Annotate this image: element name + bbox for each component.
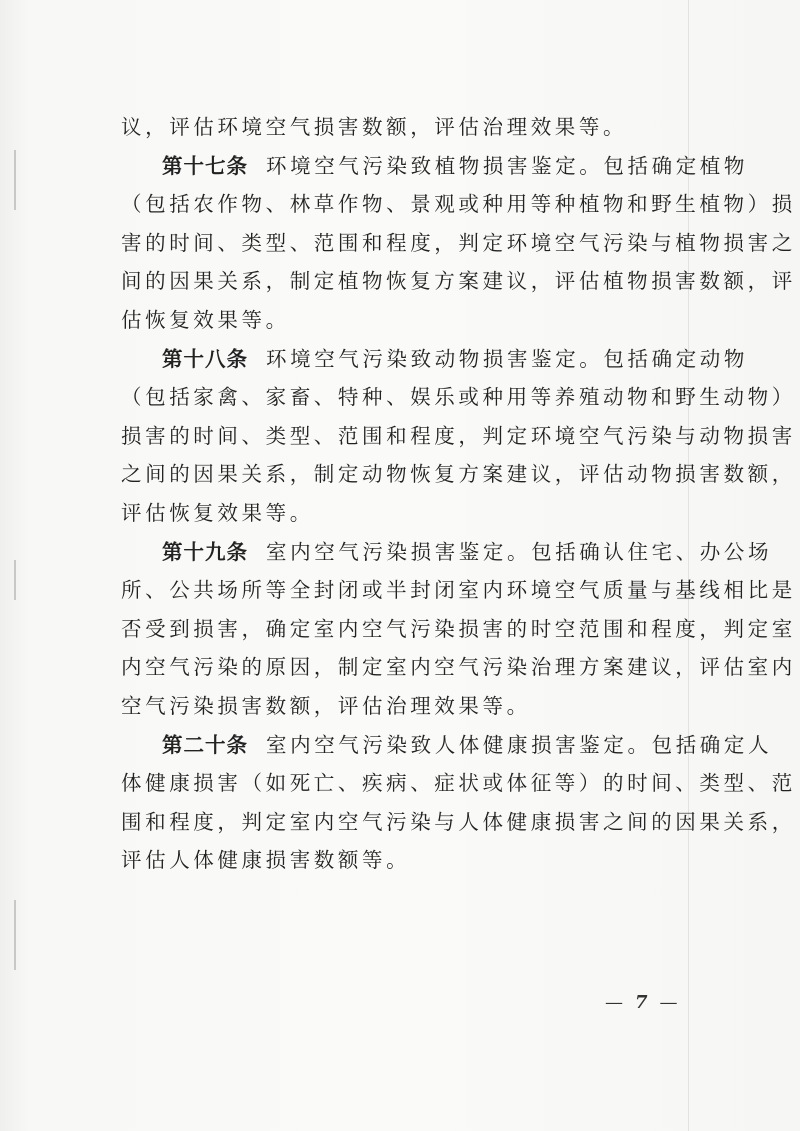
scan-edge-mark: [14, 560, 16, 600]
article-line: 评估恢复效果等。: [121, 494, 691, 533]
article-number: 第十七条: [162, 154, 248, 178]
article-text: 环境空气污染致动物损害鉴定。包括确定动物: [266, 347, 748, 371]
document-page: 议，评估环境空气损害数额，评估治理效果等。 第十七条环境空气污染致植物损害鉴定。…: [0, 0, 800, 1131]
article-line: 间的因果关系，制定植物恢复方案建议，评估植物损害数额，评: [121, 262, 691, 301]
article-text: 室内空气污染损害鉴定。包括确认住宅、办公场: [266, 540, 772, 564]
article-line: 估恢复效果等。: [121, 301, 691, 340]
article-line: 损害的时间、类型、范围和程度，判定环境空气污染与动物损害: [121, 417, 691, 456]
article-line: （包括家禽、家畜、特种、娱乐或种用等养殖动物和野生动物）: [121, 378, 691, 417]
article-number: 第二十条: [162, 733, 248, 757]
article-line: 围和程度，判定室内空气污染与人体健康损害之间的因果关系，: [121, 803, 691, 842]
scan-edge-mark: [14, 150, 16, 210]
article-text: 环境空气污染致植物损害鉴定。包括确定植物: [266, 154, 748, 178]
article-line: 害的时间、类型、范围和程度，判定环境空气污染与植物损害之: [121, 224, 691, 263]
continuation-line: 议，评估环境空气损害数额，评估治理效果等。: [121, 108, 691, 147]
article-line: 否受到损害，确定室内空气污染损害的时空范围和程度，判定室: [121, 610, 691, 649]
article-line: 内空气污染的原因，制定室内空气污染治理方案建议，评估室内: [121, 648, 691, 687]
article-line: 体健康损害（如死亡、疾病、症状或体征等）的时间、类型、范: [121, 764, 691, 803]
article-17-first-line: 第十七条环境空气污染致植物损害鉴定。包括确定植物: [121, 147, 691, 186]
document-body: 议，评估环境空气损害数额，评估治理效果等。 第十七条环境空气污染致植物损害鉴定。…: [121, 108, 691, 880]
article-line: （包括农作物、林草作物、景观或种用等种植物和野生植物）损: [121, 185, 691, 224]
article-20-first-line: 第二十条室内空气污染致人体健康损害鉴定。包括确定人: [121, 726, 691, 765]
article-line: 空气污染损害数额，评估治理效果等。: [121, 687, 691, 726]
article-number: 第十八条: [162, 347, 248, 371]
article-number: 第十九条: [162, 540, 248, 564]
article-line: 之间的因果关系，制定动物恢复方案建议，评估动物损害数额，: [121, 455, 691, 494]
page-footer: —7—: [605, 992, 680, 1013]
article-line: 所、公共场所等全封闭或半封闭室内环境空气质量与基线相比是: [121, 571, 691, 610]
footer-dash-right: —: [660, 992, 680, 1013]
article-line: 评估人体健康损害数额等。: [121, 841, 691, 880]
article-19-first-line: 第十九条室内空气污染损害鉴定。包括确认住宅、办公场: [121, 533, 691, 572]
article-18-first-line: 第十八条环境空气污染致动物损害鉴定。包括确定动物: [121, 340, 691, 379]
scan-edge-mark: [14, 900, 16, 970]
article-text: 室内空气污染致人体健康损害鉴定。包括确定人: [266, 733, 772, 757]
page-number: 7: [635, 992, 650, 1013]
footer-dash-left: —: [605, 992, 625, 1013]
